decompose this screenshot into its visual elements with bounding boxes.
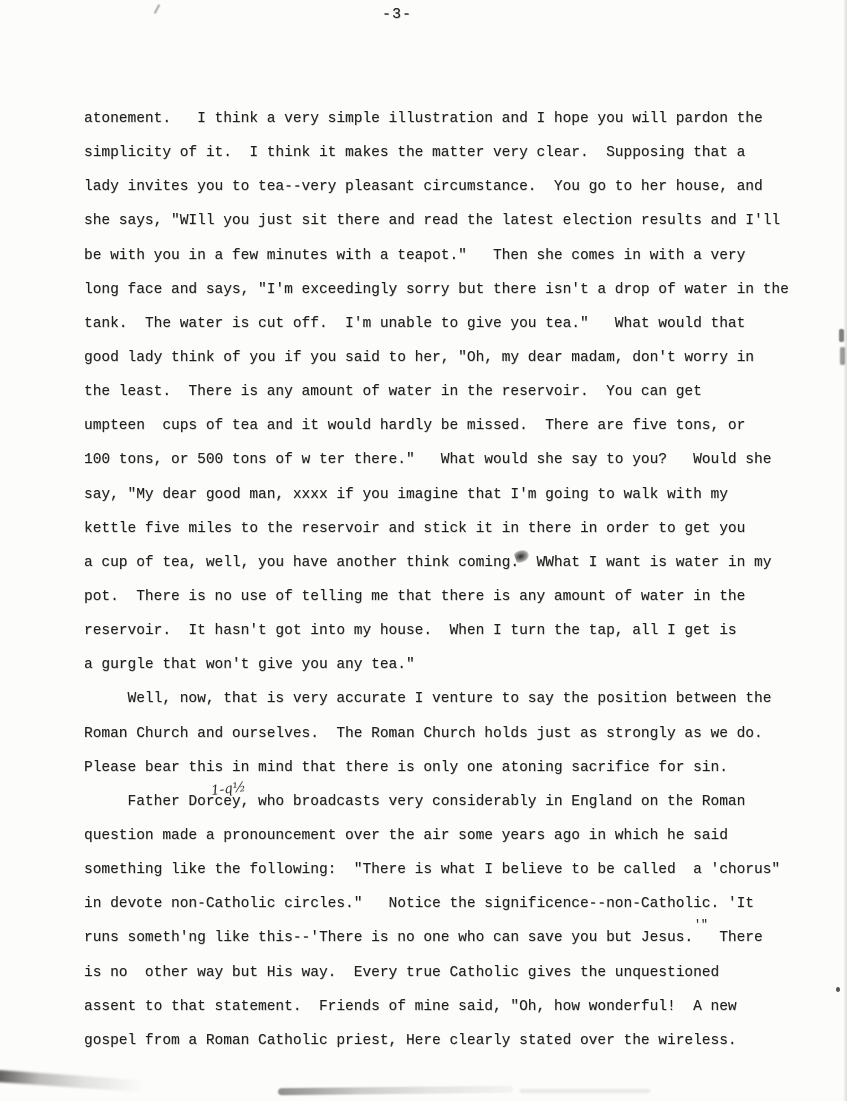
typed-line: is no other way but His way. Every true … — [84, 956, 789, 990]
typed-line: pot. There is no use of telling me that … — [84, 580, 789, 614]
typed-line: good lady think of you if you said to he… — [84, 341, 789, 375]
typed-line: in devote non-Catholic circles." Notice … — [84, 887, 789, 921]
typed-line: Father Dorcey, who broadcasts very consi… — [84, 785, 789, 819]
superscript-quote-annotation: '" — [694, 919, 708, 932]
ink-dot — [836, 987, 840, 992]
typed-line: assent to that statement. Friends of min… — [84, 990, 789, 1024]
pen-tick — [154, 4, 160, 14]
typed-line: runs someth'ng like this--'There is no o… — [84, 921, 789, 955]
typed-line: umpteen cups of tea and it would hardly … — [84, 409, 789, 443]
ink-smudge — [520, 1089, 650, 1093]
page-number: -3- — [382, 6, 412, 23]
typed-line: reservoir. It hasn't got into my house. … — [84, 614, 789, 648]
typed-line: be with you in a few minutes with a teap… — [84, 239, 789, 273]
typed-line: kettle five miles to the reservoir and s… — [84, 512, 789, 546]
typed-line: something like the following: "There is … — [84, 853, 789, 887]
typed-line: the least. There is any amount of water … — [84, 375, 789, 409]
typed-line: lady invites you to tea--very pleasant c… — [84, 170, 789, 204]
typed-line: simplicity of it. I think it makes the m… — [84, 136, 789, 170]
typed-line: Well, now, that is very accurate I ventu… — [84, 682, 789, 716]
typewritten-page: -3- atonement. I think a very simple ill… — [0, 0, 847, 1101]
typed-line: tank. The water is cut off. I'm unable t… — [84, 307, 789, 341]
margin-mark — [839, 329, 844, 342]
typed-line: say, "My dear good man, xxxx if you imag… — [84, 478, 789, 512]
typed-line: question made a pronouncement over the a… — [84, 819, 789, 853]
typed-line: 100 tons, or 500 tons of w ter there." W… — [84, 443, 789, 477]
typed-line: she says, "WIll you just sit there and r… — [84, 204, 789, 238]
ink-smudge — [278, 1086, 513, 1095]
ink-smudge — [0, 1070, 144, 1092]
typed-line: gospel from a Roman Catholic priest, Her… — [84, 1024, 789, 1058]
typed-line: a cup of tea, well, you have another thi… — [84, 546, 789, 580]
typed-line: long face and says, "I'm exceedingly sor… — [84, 273, 789, 307]
typed-line: a gurgle that won't give you any tea." — [84, 648, 789, 682]
margin-mark — [840, 347, 845, 365]
typed-line: Please bear this in mind that there is o… — [84, 751, 789, 785]
scan-edge-shading — [843, 0, 847, 1101]
typed-lines: atonement. I think a very simple illustr… — [84, 102, 789, 1058]
typed-line: Roman Church and ourselves. The Roman Ch… — [84, 717, 789, 751]
typed-line: atonement. I think a very simple illustr… — [84, 102, 789, 136]
